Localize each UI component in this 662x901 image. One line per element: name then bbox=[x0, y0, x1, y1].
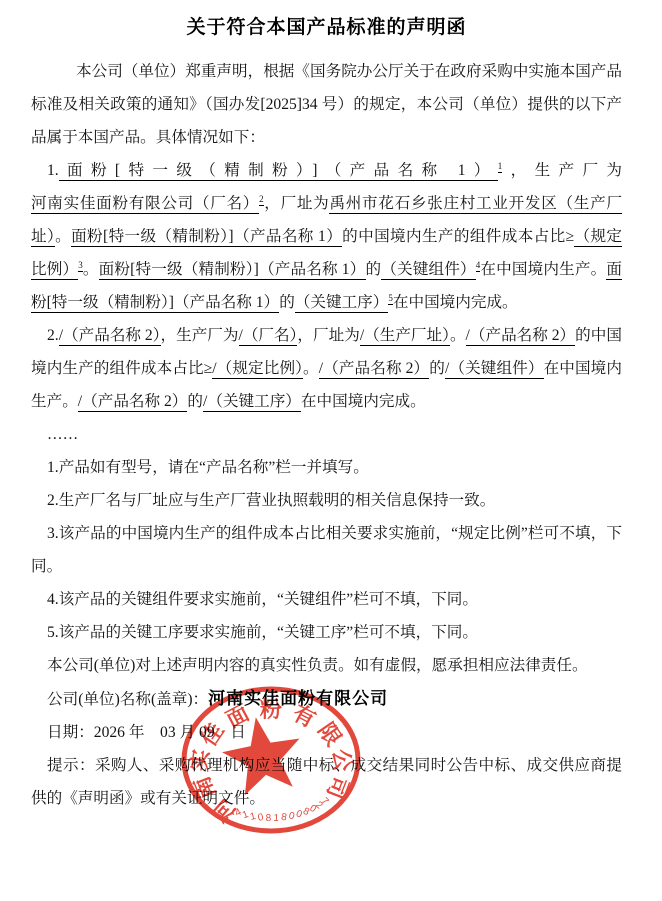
text-segment: 1. bbox=[47, 162, 59, 179]
text-segment: 面粉[特一级（精制粉）]（产品名称 1） bbox=[71, 228, 342, 247]
text-segment: ，生产厂为 bbox=[502, 162, 622, 179]
note-4: 4.该产品的关键组件要求实施前，“关键组件”栏可不填，下同。 bbox=[31, 583, 622, 616]
text-segment: 。 bbox=[450, 327, 466, 344]
signature-label: 公司(单位)名称(盖章)： bbox=[47, 691, 208, 708]
text-segment: /（规定比例） bbox=[212, 360, 303, 379]
product-item-1-paragraph: 1.面粉[特一级（精制粉）]（产品名称 1）1，生产厂为河南实佳面粉有限公司（厂… bbox=[31, 154, 622, 319]
signature-line: 公司(单位)名称(盖章)：河南实佳面粉有限公司 bbox=[31, 682, 622, 716]
text-segment: 面粉[特一级（精制粉）]（产品名称 1） bbox=[59, 162, 498, 181]
text-segment: /（产品名称 2） bbox=[59, 327, 161, 346]
text-segment: 本公司（单位）郑重声明，根据《国务院办公厅关于在政府采购中实施本国产品标准及相关… bbox=[31, 63, 622, 146]
document-body: 关于符合本国产品标准的声明函 本公司（单位）郑重声明，根据《国务院办公厅关于在政… bbox=[0, 0, 662, 815]
text-segment: 的 bbox=[429, 360, 445, 377]
ellipsis-line: …… bbox=[31, 418, 622, 451]
text-segment: 。 bbox=[303, 360, 319, 377]
note-1: 1.产品如有型号，请在“产品名称”栏一并填写。 bbox=[31, 451, 622, 484]
text-segment: 。 bbox=[83, 261, 99, 278]
date-line: 日期：2026 年 03 月 09 日 bbox=[31, 716, 622, 749]
note-5: 5.该产品的关键工序要求实施前，“关键工序”栏可不填，下同。 bbox=[31, 616, 622, 649]
text-segment: /（产品名称 2） bbox=[466, 327, 576, 346]
text-segment: 在中国境内生产。 bbox=[480, 261, 606, 278]
text-segment: /（产品名称 2） bbox=[78, 393, 188, 412]
declaration-document-page: { "document": { "title": "关于符合本国产品标准的声明函… bbox=[0, 0, 662, 901]
text-segment: （关键组件） bbox=[381, 261, 475, 280]
text-segment: 的 bbox=[279, 294, 295, 311]
text-segment: 河南实佳面粉有限公司（厂名） bbox=[31, 195, 259, 214]
text-segment: 在中国境内完成。 bbox=[301, 393, 426, 410]
intro-paragraph: 本公司（单位）郑重声明，根据《国务院办公厅关于在政府采购中实施本国产品标准及相关… bbox=[31, 55, 622, 154]
text-segment: /（生产厂址） bbox=[360, 327, 450, 346]
company-name: 河南实佳面粉有限公司 bbox=[208, 689, 388, 708]
text-segment: ，生产厂为 bbox=[161, 327, 239, 344]
text-segment: 2. bbox=[47, 327, 59, 344]
text-segment: /（厂名） bbox=[239, 327, 298, 346]
hint-paragraph: 提示：采购人、采购代理机构应当随中标、成交结果同时公告中标、成交供应商提供的《声… bbox=[31, 749, 622, 815]
text-segment: 在中国境内完成。 bbox=[393, 294, 518, 311]
note-2: 2.生产厂名与厂址应与生产厂营业执照载明的相关信息保持一致。 bbox=[31, 484, 622, 517]
text-segment: 的 bbox=[187, 393, 203, 410]
text-segment: （关键工序） bbox=[295, 294, 389, 313]
text-segment: /（关键工序） bbox=[203, 393, 301, 412]
text-segment: 的 bbox=[366, 261, 382, 278]
text-segment: 的中国境内生产的组件成本占比≥ bbox=[342, 228, 574, 245]
text-segment: ，厂址为 bbox=[297, 327, 359, 344]
text-segment: 面粉[特一级（精制粉）]（产品名称 1） bbox=[99, 261, 366, 280]
text-segment: /（产品名称 2） bbox=[319, 360, 430, 379]
responsibility-statement: 本公司(单位)对上述声明内容的真实性负责。如有虚假，愿承担相应法律责任。 bbox=[31, 649, 622, 682]
product-item-2-paragraph: 2./（产品名称 2），生产厂为/（厂名），厂址为/（生产厂址）。/（产品名称 … bbox=[31, 319, 622, 418]
text-segment: ，厂址为 bbox=[264, 195, 330, 212]
document-title: 关于符合本国产品标准的声明函 bbox=[31, 10, 622, 46]
text-segment: 。 bbox=[55, 228, 71, 245]
text-segment: /（关键组件） bbox=[445, 360, 544, 379]
note-3: 3.该产品的中国境内生产的组件成本占比相关要求实施前，“规定比例”栏可不填，下同… bbox=[31, 517, 622, 583]
